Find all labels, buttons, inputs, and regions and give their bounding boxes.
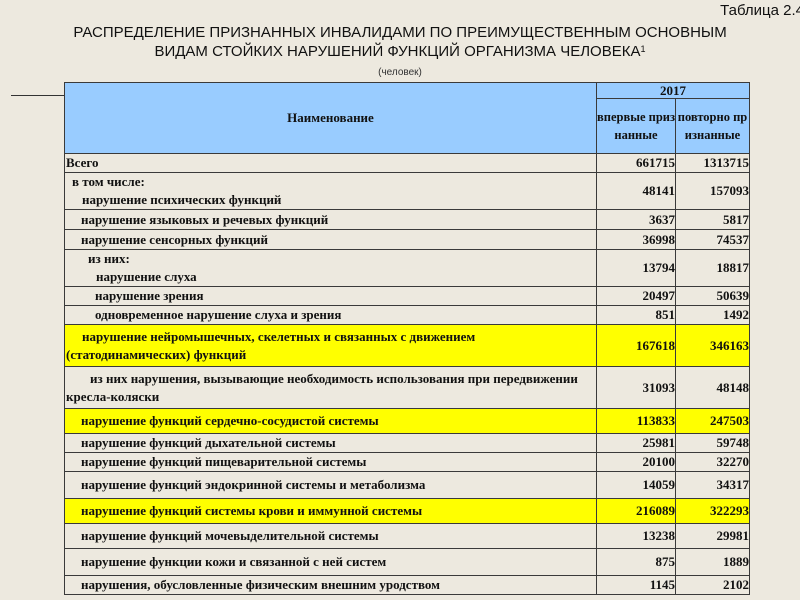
row-label: нарушение зрения [65,287,597,306]
value-repeat: 74537 [676,230,750,250]
row-label: из них: нарушение слуха [65,250,597,287]
header-first-recognized: впервые признанные [597,99,676,154]
table-row: одновременное нарушение слуха и зрения 8… [65,306,750,325]
table-row: в том числе: нарушение психических функц… [65,173,750,210]
value-first: 48141 [597,173,676,210]
value-repeat: 1889 [676,549,750,576]
title-line-2: ВИДАМ СТОЙКИХ НАРУШЕНИЙ ФУНКЦИЙ ОРГАНИЗМ… [0,42,800,61]
header-name: Наименование [65,83,597,154]
value-first: 216089 [597,499,676,524]
table-row: из них нарушения, вызывающие необходимос… [65,367,750,409]
table-number-label: Таблица 2.4 [720,2,800,19]
table-row: нарушение функций эндокринной системы и … [65,472,750,499]
value-repeat: 34317 [676,472,750,499]
table-row: из них: нарушение слуха 13794 18817 [65,250,750,287]
value-first: 851 [597,306,676,325]
value-first: 31093 [597,367,676,409]
table-row: нарушение функций пищеварительной систем… [65,453,750,472]
row-label: одновременное нарушение слуха и зрения [65,306,597,325]
value-repeat: 1492 [676,306,750,325]
value-repeat: 1313715 [676,154,750,173]
value-first: 113833 [597,409,676,434]
value-repeat: 50639 [676,287,750,306]
row-label: нарушения, обусловленные физическим внеш… [65,576,597,595]
value-repeat: 48148 [676,367,750,409]
disability-table: Наименование 2017 впервые признанные пов… [64,82,750,595]
table-row: нарушение функций дыхательной системы 25… [65,434,750,453]
table-row: нарушение зрения 20497 50639 [65,287,750,306]
table-row: нарушение функции кожи и связанной с ней… [65,549,750,576]
title-line-1: РАСПРЕДЕЛЕНИЕ ПРИЗНАННЫХ ИНВАЛИДАМИ ПО П… [0,23,800,42]
row-label: нарушение функций сердечно-сосудистой си… [65,409,597,434]
row-label: в том числе: нарушение психических функц… [65,173,597,210]
value-first: 661715 [597,154,676,173]
value-repeat: 322293 [676,499,750,524]
table-row: нарушение языковых и речевых функций 363… [65,210,750,230]
row-label: нарушение функций пищеварительной систем… [65,453,597,472]
value-repeat: 247503 [676,409,750,434]
value-repeat: 346163 [676,325,750,367]
row-label: нарушение функций мочевыделительной сист… [65,524,597,549]
table-row-highlighted: нарушение нейромышечных, скелетных и свя… [65,325,750,367]
value-repeat: 157093 [676,173,750,210]
value-repeat: 32270 [676,453,750,472]
unit-label: (человек) [0,67,800,78]
row-label: нарушение сенсорных функций [65,230,597,250]
header-repeat-recognized: повторно признанные [676,99,750,154]
value-repeat: 59748 [676,434,750,453]
row-label: нарушение нейромышечных, скелетных и свя… [65,325,597,367]
value-first: 167618 [597,325,676,367]
row-label: нарушение функций дыхательной системы [65,434,597,453]
value-repeat: 29981 [676,524,750,549]
row-label: нарушение функции кожи и связанной с ней… [65,549,597,576]
footnote-mark: 1 [640,44,645,54]
value-first: 3637 [597,210,676,230]
value-first: 20497 [597,287,676,306]
value-first: 36998 [597,230,676,250]
table-row: нарушение функций мочевыделительной сист… [65,524,750,549]
value-repeat: 5817 [676,210,750,230]
value-first: 20100 [597,453,676,472]
value-first: 875 [597,549,676,576]
row-label: нарушение функций эндокринной системы и … [65,472,597,499]
table-row: Всего 661715 1313715 [65,154,750,173]
value-first: 14059 [597,472,676,499]
table-row-highlighted: нарушение функций сердечно-сосудистой си… [65,409,750,434]
row-label: Всего [65,154,597,173]
value-first: 13794 [597,250,676,287]
row-label-prefix: в том числе: [66,173,595,191]
table-title: РАСПРЕДЕЛЕНИЕ ПРИЗНАННЫХ ИНВАЛИДАМИ ПО П… [0,23,800,61]
row-label: нарушение языковых и речевых функций [65,210,597,230]
table-row: нарушение сенсорных функций 36998 74537 [65,230,750,250]
value-repeat: 2102 [676,576,750,595]
table-row-highlighted: нарушение функций системы крови и иммунн… [65,499,750,524]
table-row: нарушения, обусловленные физическим внеш… [65,576,750,595]
value-first: 13238 [597,524,676,549]
value-repeat: 18817 [676,250,750,287]
row-label: нарушение функций системы крови и иммунн… [65,499,597,524]
row-label: из них нарушения, вызывающие необходимос… [65,367,597,409]
value-first: 1145 [597,576,676,595]
value-first: 25981 [597,434,676,453]
header-year: 2017 [597,83,750,99]
row-label-prefix: из них: [66,250,595,268]
